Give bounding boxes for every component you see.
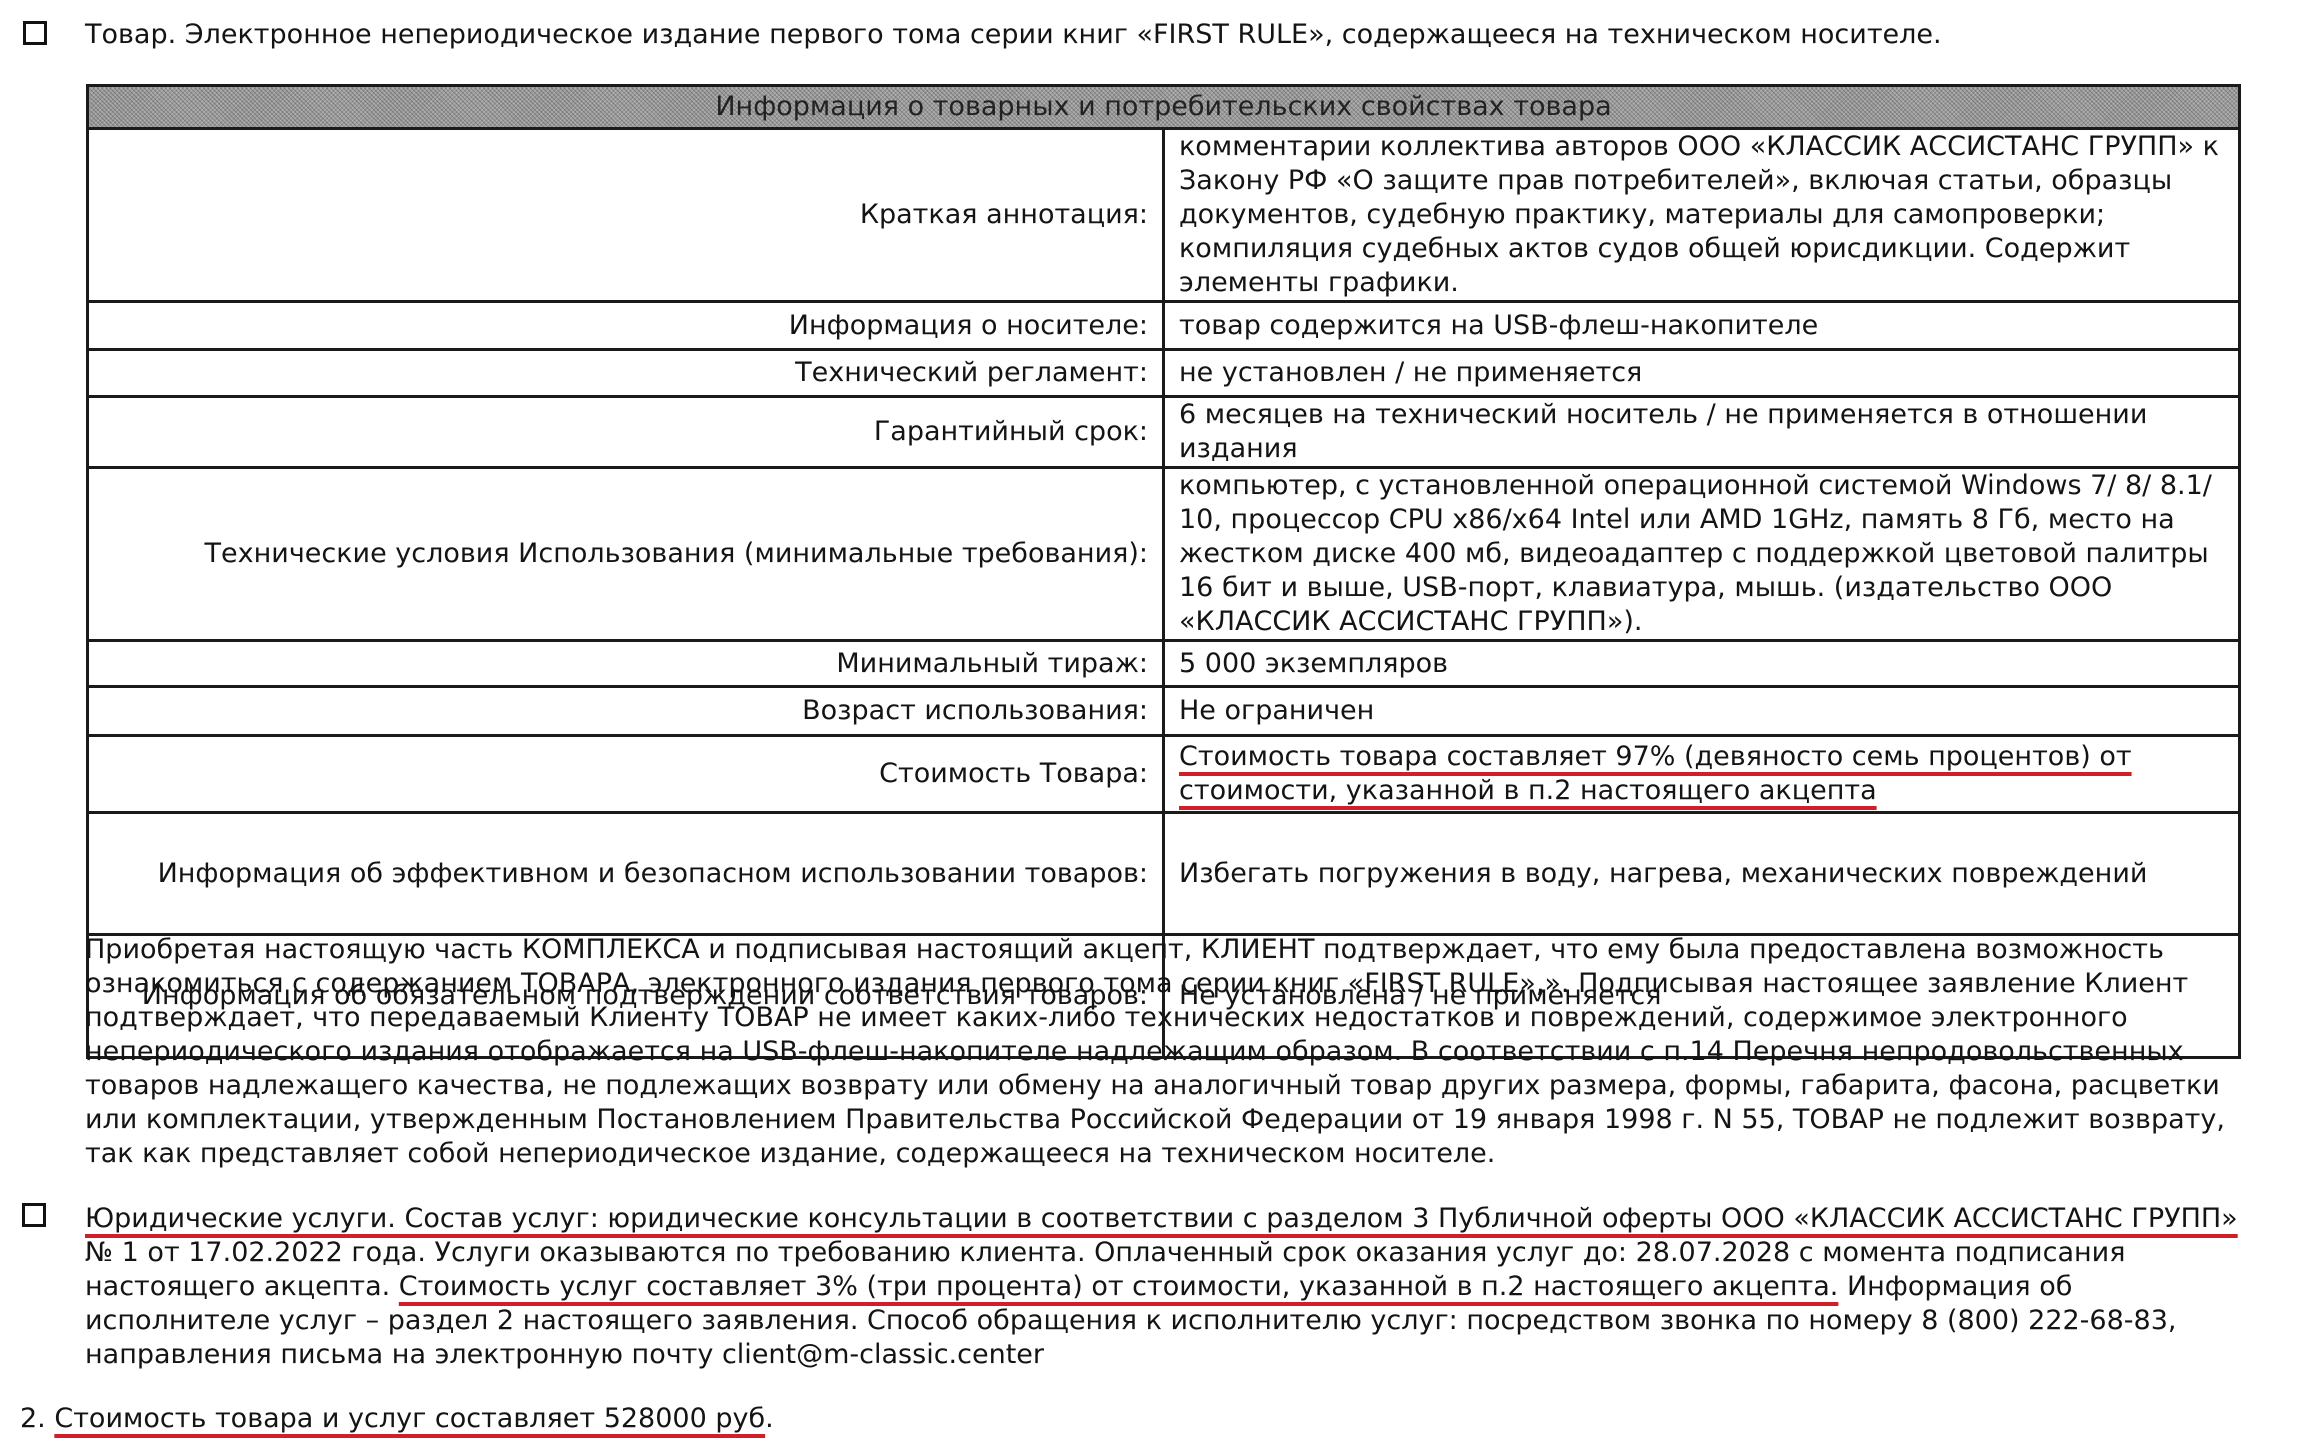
row-label-annotation: Краткая аннотация:: [88, 129, 1164, 302]
row-value-annotation: комментарии коллектива авторов ООО «КЛАС…: [1164, 129, 2240, 302]
table-row: Информация об эффективном и безопасном и…: [88, 813, 2240, 935]
services-composition: Юридические услуги. Состав услуг: юридич…: [85, 1203, 2238, 1234]
table-row: Стоимость Товара: Стоимость товара соста…: [88, 736, 2240, 813]
acceptance-paragraph: Приобретая настоящую часть КОМПЛЕКСА и п…: [85, 933, 2255, 1171]
table-row: Минимальный тираж: 5 000 экземпляров: [88, 641, 2240, 687]
row-label-warranty: Гарантийный срок:: [88, 397, 1164, 468]
table-row: Гарантийный срок: 6 месяцев на техническ…: [88, 397, 2240, 468]
row-label-safe-use: Информация об эффективном и безопасном и…: [88, 813, 1164, 935]
table-row: Краткая аннотация: комментарии коллектив…: [88, 129, 2240, 302]
price-underlined-text: Стоимость товара составляет 97% (девянос…: [1179, 741, 2132, 806]
row-label-print-run: Минимальный тираж:: [88, 641, 1164, 687]
services-checkbox[interactable]: [22, 1203, 46, 1227]
row-value-requirements: компьютер, с установленной операционной …: [1164, 468, 2240, 641]
row-value-print-run: 5 000 экземпляров: [1164, 641, 2240, 687]
row-value-age: Не ограничен: [1164, 687, 2240, 736]
table-row: Технический регламент: не установлен / н…: [88, 350, 2240, 397]
row-value-warranty: 6 месяцев на технический носитель / не п…: [1164, 397, 2240, 468]
row-value-safe-use: Избегать погружения в воду, нагрева, мех…: [1164, 813, 2240, 935]
table-header: Информация о товарных и потребительских …: [88, 86, 2240, 129]
table-row: Технические условия Использования (миним…: [88, 468, 2240, 641]
row-value-price: Стоимость товара составляет 97% (девянос…: [1164, 736, 2240, 813]
table-row: Возраст использования: Не ограничен: [88, 687, 2240, 736]
row-label-age: Возраст использования:: [88, 687, 1164, 736]
goods-checkbox[interactable]: [23, 21, 47, 45]
services-item-text: Юридические услуги. Состав услуг: юридич…: [85, 1202, 2255, 1372]
goods-item-text: Товар. Электронное непериодическое издан…: [85, 18, 1942, 52]
total-price-text: Стоимость товара и услуг составляет 5280…: [54, 1403, 765, 1434]
row-label-carrier: Информация о носителе:: [88, 302, 1164, 350]
row-label-price: Стоимость Товара:: [88, 736, 1164, 813]
row-label-requirements: Технические условия Использования (миним…: [88, 468, 1164, 641]
total-price-line: 2. Стоимость товара и услуг составляет 5…: [20, 1402, 774, 1436]
services-price: Стоимость услуг составляет 3% (три проце…: [399, 1271, 1839, 1302]
table-row: Информация о носителе: товар содержится …: [88, 302, 2240, 350]
row-value-regulation: не установлен / не применяется: [1164, 350, 2240, 397]
row-value-carrier: товар содержится на USB-флеш-накопителе: [1164, 302, 2240, 350]
total-item-number: 2.: [20, 1403, 54, 1434]
goods-properties-table: Информация о товарных и потребительских …: [86, 84, 2241, 1059]
total-suffix: .: [765, 1403, 774, 1434]
row-label-regulation: Технический регламент:: [88, 350, 1164, 397]
